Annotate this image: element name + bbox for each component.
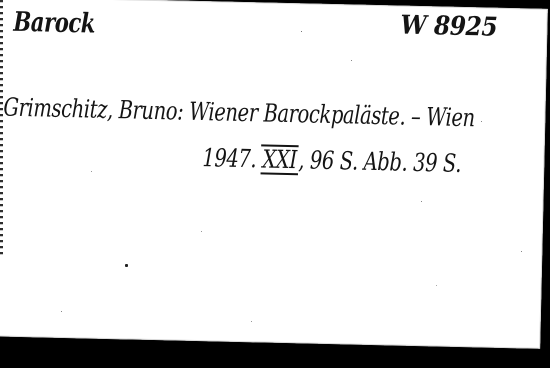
shelfmark: W 8925 (400, 12, 497, 43)
scan-edge-artifact (0, 0, 3, 256)
catalog-entry-line1: Grimschitz, Bruno: Wiener Barockpaläste.… (3, 94, 475, 132)
scanned-catalog-card: Barock W 8925 Grimschitz, Bruno: Wiener … (0, 0, 550, 368)
publication-year: 1947. (202, 143, 257, 173)
subject-heading: Barock (13, 8, 95, 40)
scan-noise-dots (125, 264, 128, 267)
pagination: , 96 S. Abb. 39 S. (298, 145, 461, 178)
roman-pagination: XXI (261, 144, 299, 175)
catalog-card: Barock W 8925 Grimschitz, Bruno: Wiener … (0, 0, 548, 349)
catalog-entry-line2: 1947.XXI, 96 S. Abb. 39 S. (202, 143, 461, 179)
